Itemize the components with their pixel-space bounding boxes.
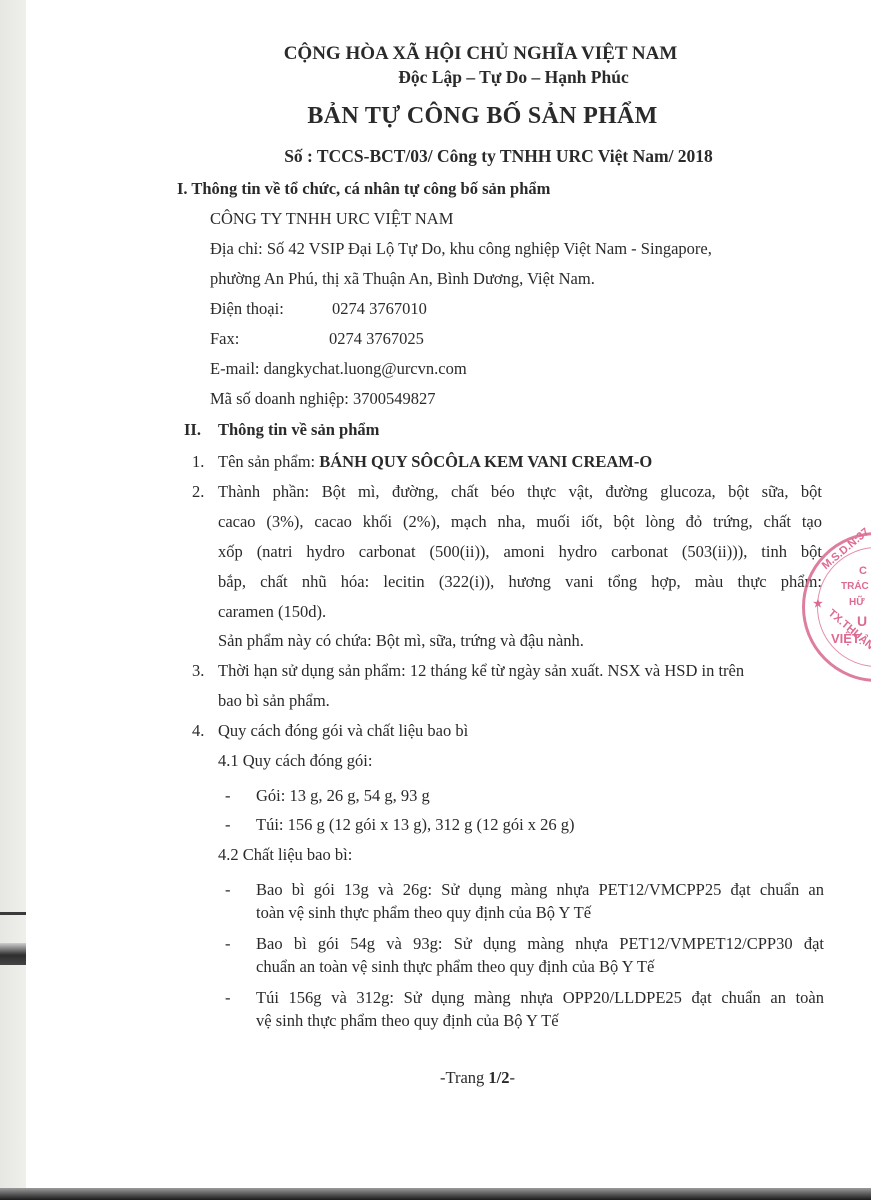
section1-heading: I. Thông tin về tổ chức, cá nhân tự công… [177,179,550,199]
material-line: Túi 156g và 312g: Sử dụng màng nhựa OPP2… [256,988,824,1008]
company-name: CÔNG TY TNHH URC VIỆT NAM [210,209,453,229]
scan-edge-left [0,0,26,1190]
item4-number: 4. [192,721,204,741]
product-name: BÁNH QUY SÔCÔLA KEM VANI CREAM-O [319,452,652,471]
bullet-dash: - [225,786,231,806]
ingredients-line: xốp (natri hydro carbonat (500(ii)), amo… [218,542,822,562]
motto: Độc Lập – Tự Do – Hạnh Phúc [26,67,871,87]
bullet-dash: - [225,815,231,835]
address-line1: Địa chỉ: Số 42 VSIP Đại Lộ Tự Do, khu cô… [210,239,712,259]
allergen-note: Sản phẩm này có chứa: Bột mì, sữa, trứng… [218,631,584,651]
country-heading: CỘNG HÒA XÃ HỘI CHỦ NGHĨA VIỆT NAM [26,44,871,64]
product-name-label: Tên sản phẩm: [218,452,319,471]
bullet-dash: - [225,880,231,900]
phone-value: 0274 3767010 [332,299,427,319]
ingredients-line: caramen (150d). [218,602,326,622]
document-title: BẢN TỰ CÔNG BỐ SẢN PHẨM [26,106,871,126]
shelf-life-line2: bao bì sản phẩm. [218,691,330,711]
fax-label: Fax: [210,329,239,349]
bullet-dash: - [225,934,231,954]
material-line: chuẩn an toàn vệ sinh thực phẩm theo quy… [256,957,654,977]
page-number: -Trang 1/2- [26,1068,871,1088]
bullet-dash: - [225,988,231,1008]
ingredients-line: Thành phần: Bột mì, đường, chất béo thực… [218,482,822,502]
scan-edge-bottom [0,1188,871,1200]
document-number: Số : TCCS-BCT/03/ Công ty TNHH URC Việt … [26,146,871,166]
document-page: CỘNG HÒA XÃ HỘI CHỦ NGHĨA VIỆT NAM Độc L… [26,0,871,1188]
address-line2: phường An Phú, thị xã Thuận An, Bình Dươ… [210,269,595,289]
product-name-line: Tên sản phẩm: BÁNH QUY SÔCÔLA KEM VANI C… [218,452,652,472]
packaging-heading: Quy cách đóng gói và chất liệu bao bì [218,721,468,741]
item3-number: 3. [192,661,204,681]
section2-number: II. [184,420,201,440]
email: E-mail: dangkychat.luong@urcvn.com [210,359,467,379]
packaging-material-heading: 4.2 Chất liệu bao bì: [218,845,352,865]
material-line: Bao bì gói 54g và 93g: Sử dụng màng nhựa… [256,934,824,954]
material-line: toàn vệ sinh thực phẩm theo quy định của… [256,903,591,923]
item1-number: 1. [192,452,204,472]
phone-label: Điện thoại: [210,299,284,319]
fax-value: 0274 3767025 [329,329,424,349]
shelf-life-line1: Thời hạn sử dụng sản phẩm: 12 tháng kể t… [218,661,744,681]
pack-sizes: Gói: 13 g, 26 g, 54 g, 93 g [256,786,430,806]
packaging-spec-heading: 4.1 Quy cách đóng gói: [218,751,372,771]
ingredients-line: cacao (3%), cacao khối (2%), mạch nha, m… [218,512,822,532]
material-line: Bao bì gói 13g và 26g: Sử dụng màng nhựa… [256,880,824,900]
tax-code: Mã số doanh nghiệp: 3700549827 [210,389,435,409]
ingredients-line: bắp, chất nhũ hóa: lecitin (322(i)), hươ… [218,572,822,592]
section2-heading: Thông tin về sản phẩm [218,420,379,440]
bag-sizes: Túi: 156 g (12 gói x 13 g), 312 g (12 gó… [256,815,575,835]
material-line: vệ sinh thực phẩm theo quy định của Bộ Y… [256,1011,559,1031]
item2-number: 2. [192,482,204,502]
